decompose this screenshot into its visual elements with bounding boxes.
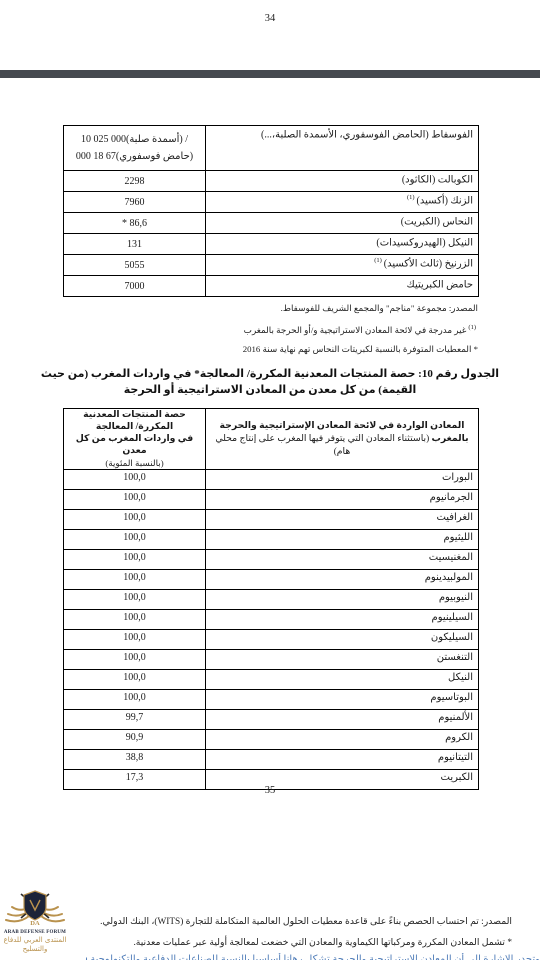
- table-row: 100,0النيوبيوم: [64, 590, 479, 610]
- share-cell: 100,0: [64, 690, 206, 710]
- table-row: 90,9الكروم: [64, 730, 479, 750]
- value-cell: 2298: [64, 171, 206, 192]
- value-cell: 7000: [64, 276, 206, 297]
- share-cell: 100,0: [64, 490, 206, 510]
- table-row: 38,8التيتانيوم: [64, 750, 479, 770]
- share-cell: 99,7: [64, 710, 206, 730]
- mineral-label-cell: النحاس (الكبريت): [206, 213, 479, 234]
- mineral-cell: المغنيسيت: [206, 550, 479, 570]
- table-row: 100,0النيكل: [64, 670, 479, 690]
- value-cell: 131: [64, 234, 206, 255]
- production-table: 10 025 000(أسمدة صلبة) / 000 18 67(حامض …: [63, 125, 479, 297]
- share-cell: 100,0: [64, 530, 206, 550]
- arab-defense-forum-logo: DA ARAB DEFENSE FORUM المنتدى العربي للد…: [2, 889, 68, 954]
- value-cell: 10 025 000(أسمدة صلبة) / 000 18 67(حامض …: [64, 126, 206, 171]
- footer-note: * تشمل المعادن المكررة ومركباتها الكيماو…: [30, 937, 512, 949]
- table-row: * 86,6 النحاس (الكبريت): [64, 213, 479, 234]
- value-cell: * 86,6: [64, 213, 206, 234]
- page-number-top: 34: [0, 13, 540, 24]
- share-cell: 100,0: [64, 670, 206, 690]
- mineral-label-cell: الفوسفاط (الحامض الفوسفوري، الأسمدة الصل…: [206, 126, 479, 171]
- table1-footnotes: المصدر: مجموعة "مناجم" والمجمع الشريف لل…: [63, 303, 478, 363]
- footnote-2: * المعطيات المتوفرة بالنسبة لكبريتات الن…: [63, 344, 478, 355]
- svg-text:DA: DA: [30, 920, 40, 925]
- table-row: 100,0الجرمانيوم: [64, 490, 479, 510]
- table-row: 131 النيكل (الهيدروكسيدات): [64, 234, 479, 255]
- table-row: 100,0البوتاسيوم: [64, 690, 479, 710]
- mineral-cell: المولبيدينوم: [206, 570, 479, 590]
- top-divider-bar: [0, 70, 540, 78]
- share-cell: 38,8: [64, 750, 206, 770]
- share-cell: 100,0: [64, 590, 206, 610]
- mineral-cell: النيوبيوم: [206, 590, 479, 610]
- mineral-cell: النيكل: [206, 670, 479, 690]
- table10-title: الجدول رقم 10: حصة المنتجات المعدنية الم…: [35, 366, 505, 398]
- mineral-label-cell: الزرنيخ (ثالث الأكسيد)(1): [206, 255, 479, 276]
- minerals-column-header: المعادن الواردة في لائحة المعادن الإسترا…: [206, 409, 479, 470]
- mineral-cell: الألمنيوم: [206, 710, 479, 730]
- table-row: 100,0البورات: [64, 470, 479, 490]
- mineral-cell: البورات: [206, 470, 479, 490]
- share-cell: 90,9: [64, 730, 206, 750]
- share-cell: 100,0: [64, 550, 206, 570]
- mineral-cell: البوتاسيوم: [206, 690, 479, 710]
- shield-swords-icon: DA: [4, 889, 66, 925]
- share-cell: 100,0: [64, 470, 206, 490]
- page-number-bottom: 35: [0, 785, 540, 796]
- table-row: 100,0المغنيسيت: [64, 550, 479, 570]
- table-row: 2298 الكوبالت (الكاثود): [64, 171, 479, 192]
- table-row: 100,0الليثيوم: [64, 530, 479, 550]
- footer-source: المصدر: تم احتساب الحصص بناءً على قاعدة …: [30, 916, 512, 928]
- table-row: 100,0المولبيدينوم: [64, 570, 479, 590]
- share-cell: 100,0: [64, 630, 206, 650]
- page-footer: المصدر: تم احتساب الحصص بناءً على قاعدة …: [30, 916, 512, 958]
- document-page: 34 10 025 000(أسمدة صلبة) / 000 18 67(حا…: [0, 0, 540, 960]
- mineral-cell: الجرمانيوم: [206, 490, 479, 510]
- mineral-cell: الليثيوم: [206, 530, 479, 550]
- source-note: المصدر: مجموعة "مناجم" والمجمع الشريف لل…: [63, 303, 478, 314]
- value-cell: 5055: [64, 255, 206, 276]
- mineral-cell: التيتانيوم: [206, 750, 479, 770]
- table-header-row: حصة المنتجات المعدنية المكررة/ المعالجة …: [64, 409, 479, 470]
- value-cell: 7960: [64, 192, 206, 213]
- table-row: 100,0السيليكون: [64, 630, 479, 650]
- mineral-cell: السيليكون: [206, 630, 479, 650]
- mineral-cell: التنغستن: [206, 650, 479, 670]
- logo-subtitle-arabic: المنتدى العربي للدفاع والتسليح: [2, 936, 68, 954]
- mineral-label-cell: الزنك (أكسيد)(1): [206, 192, 479, 213]
- mineral-label-cell: الكوبالت (الكاثود): [206, 171, 479, 192]
- table-row: 7000 حامض الكبريتيك: [64, 276, 479, 297]
- share-cell: 100,0: [64, 510, 206, 530]
- share-column-header: حصة المنتجات المعدنية المكررة/ المعالجة …: [64, 409, 206, 470]
- table-row: 100,0التنغستن: [64, 650, 479, 670]
- table-row: 5055 الزرنيخ (ثالث الأكسيد)(1): [64, 255, 479, 276]
- share-cell: 100,0: [64, 610, 206, 630]
- mineral-cell: الغرافيت: [206, 510, 479, 530]
- table-row: 100,0الغرافيت: [64, 510, 479, 530]
- share-cell: 100,0: [64, 650, 206, 670]
- table-row: 10 025 000(أسمدة صلبة) / 000 18 67(حامض …: [64, 126, 479, 171]
- mineral-cell: الكروم: [206, 730, 479, 750]
- mineral-label-cell: حامض الكبريتيك: [206, 276, 479, 297]
- table-row: 7960 الزنك (أكسيد)(1): [64, 192, 479, 213]
- table-row: 99,7الألمنيوم: [64, 710, 479, 730]
- share-cell: 100,0: [64, 570, 206, 590]
- imports-share-table: حصة المنتجات المعدنية المكررة/ المعالجة …: [63, 408, 479, 790]
- mineral-cell: السيلينيوم: [206, 610, 479, 630]
- clipped-blue-text-line: وتجدر الإشارة إلى أن المعادن الاستراتيجي…: [86, 953, 540, 960]
- table-row: 100,0السيلينيوم: [64, 610, 479, 630]
- footnote-1: (1)غير مدرجة في لائحة المعادن الاستراتيج…: [63, 322, 478, 336]
- mineral-label-cell: النيكل (الهيدروكسيدات): [206, 234, 479, 255]
